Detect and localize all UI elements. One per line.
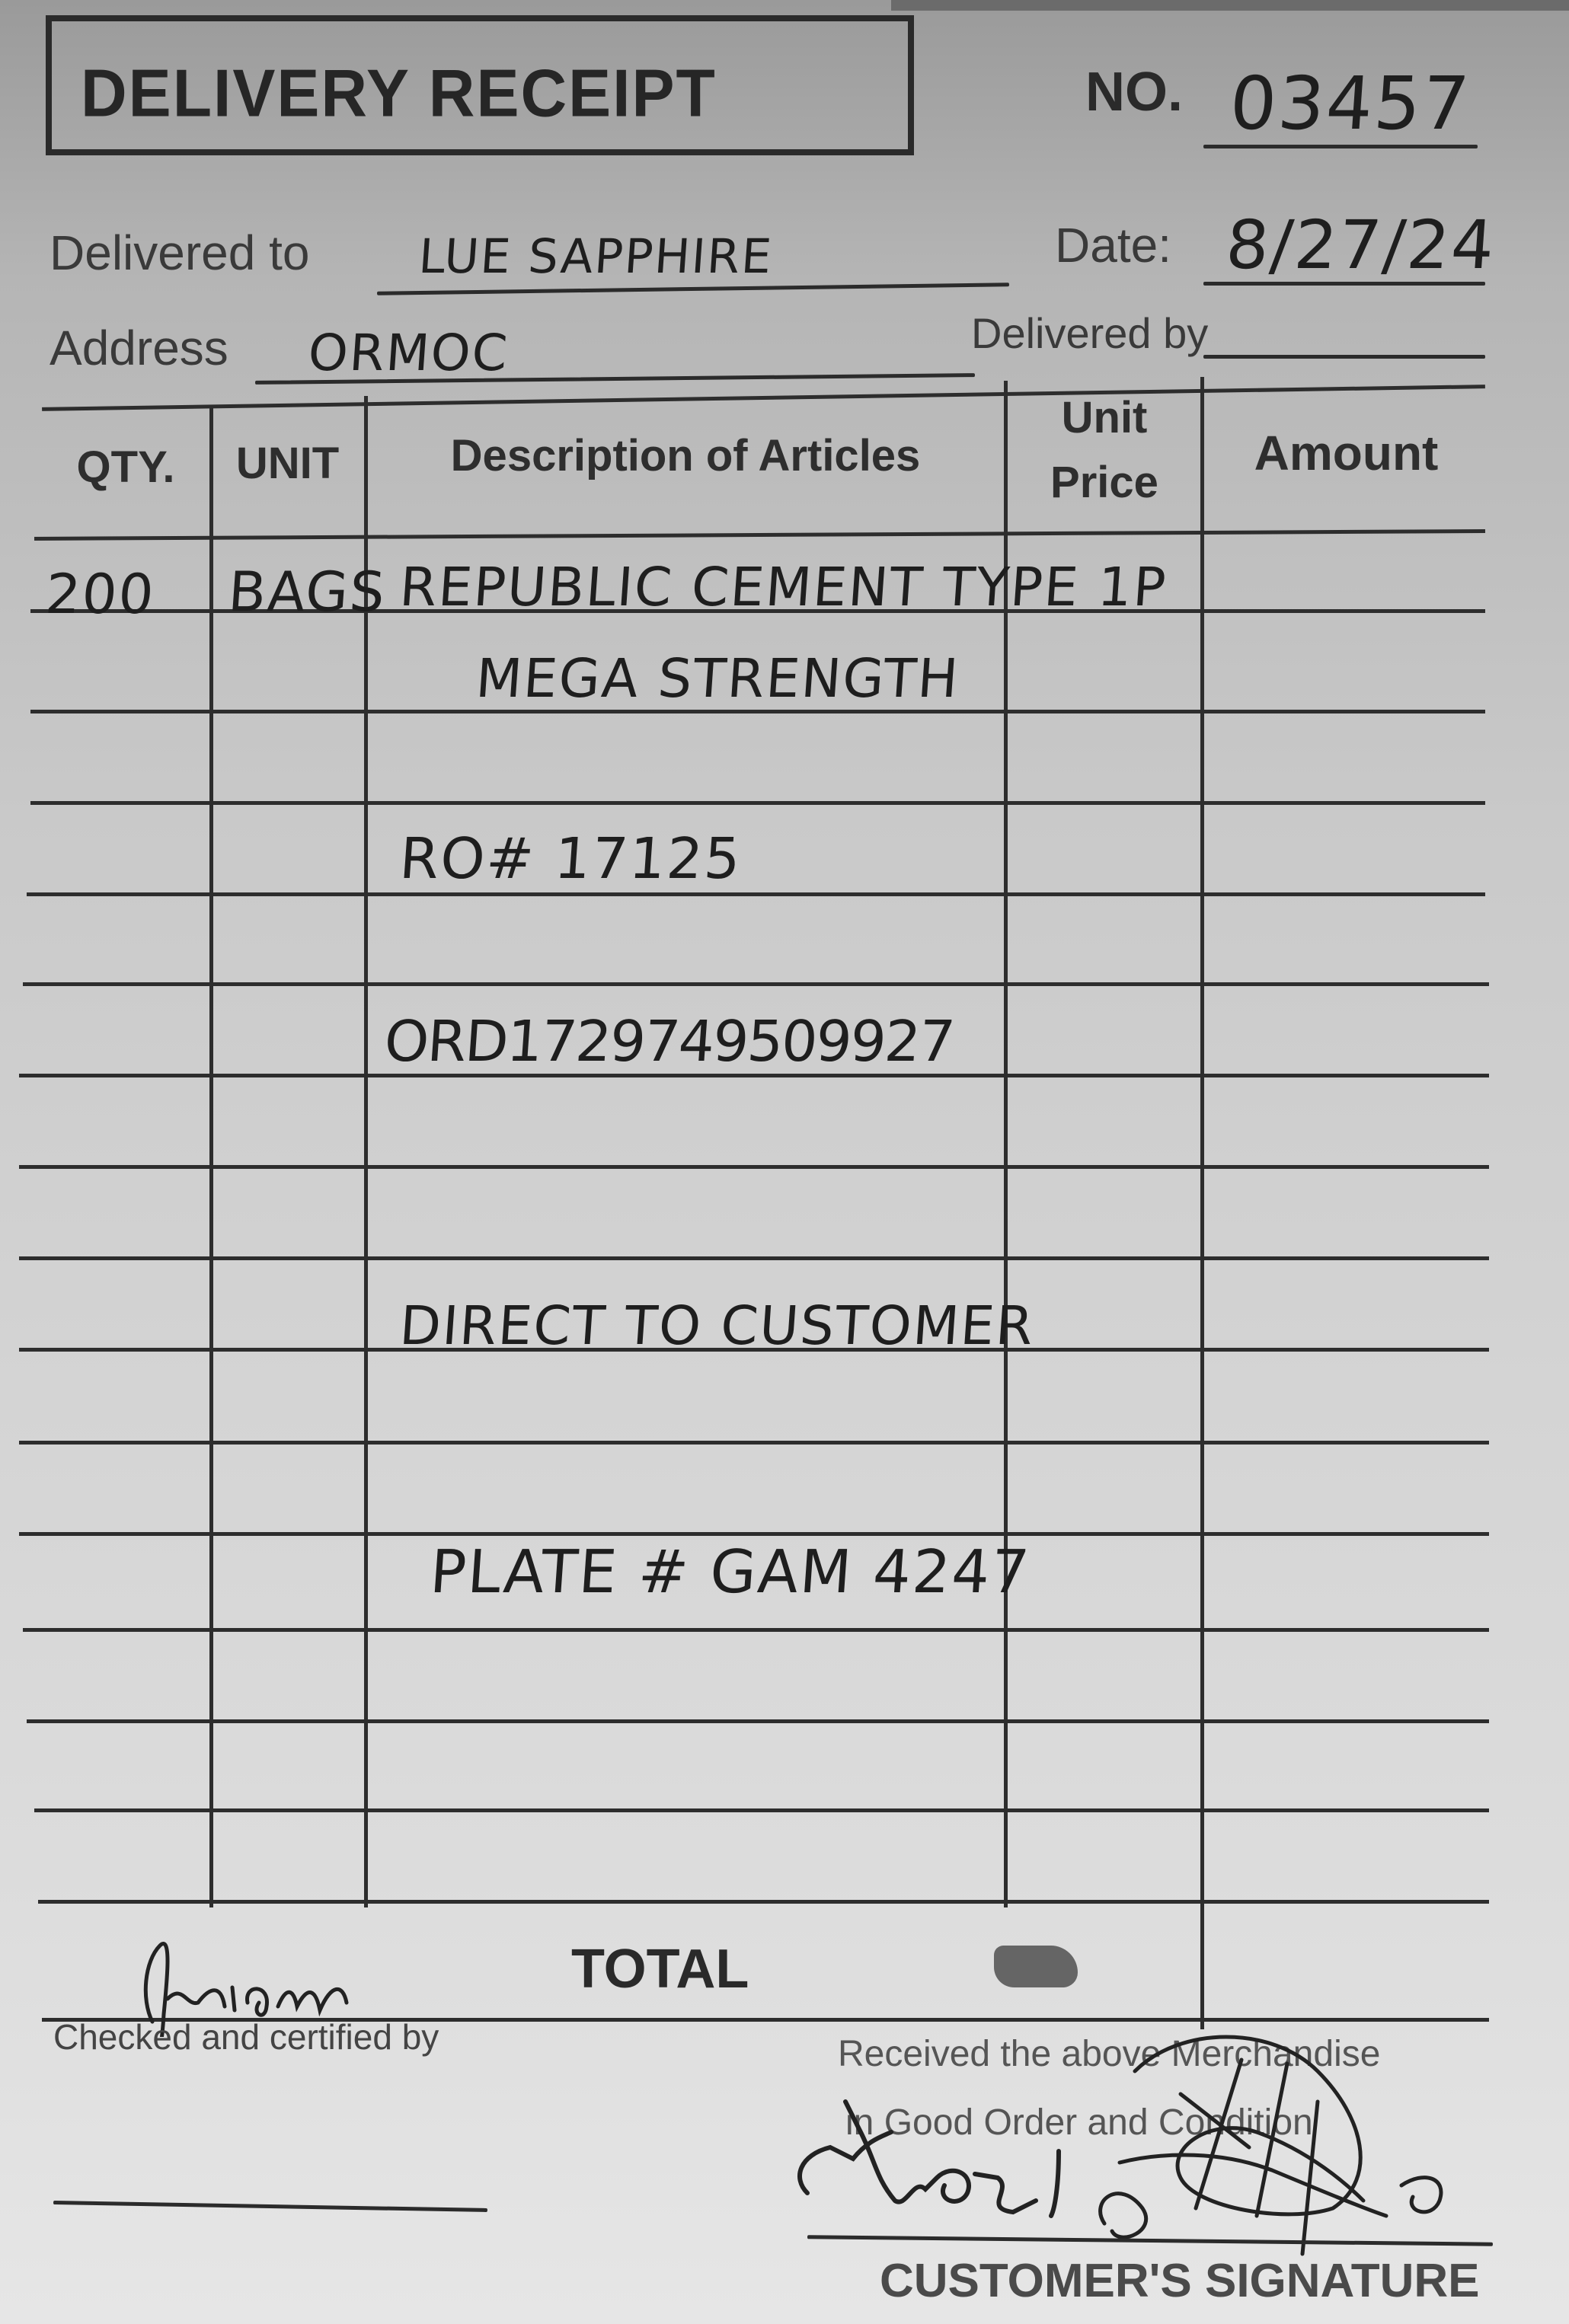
- column-divider-price-amount: [1200, 377, 1204, 2029]
- row-line: [23, 982, 1489, 986]
- customer-signature-label: CUSTOMER'S SIGNATURE: [880, 2254, 1480, 2308]
- delivered-by-label: Delivered by: [971, 308, 1208, 358]
- date-value: 8/27/24: [1223, 206, 1497, 284]
- row-line: [19, 1532, 1489, 1536]
- row-12-description: PLATE # GAM 4247: [428, 1538, 1033, 1607]
- row-6-description: ORD1729749509927: [382, 1009, 956, 1074]
- row-1-description: REPUBLIC CEMENT TYPE 1P: [398, 556, 1169, 618]
- row-1-qty: 200: [43, 562, 157, 626]
- checked-certified-label: Checked and certified by: [53, 2016, 439, 2057]
- row-line: [19, 1165, 1489, 1169]
- delivered-to-underline: [377, 283, 1009, 295]
- receipt-number: 03457: [1227, 61, 1473, 146]
- header-unit-price-line2: Price: [1009, 457, 1200, 508]
- delivery-receipt-paper: DELIVERY RECEIPT NO. 03457 Date: 8/27/24…: [0, 0, 1569, 2324]
- checker-signature-line: [53, 2201, 487, 2212]
- header-unit-price-line1: Unit: [1009, 392, 1200, 443]
- row-9-description: DIRECT TO CUSTOMER: [398, 1294, 1037, 1357]
- header-qty: QTY.: [46, 442, 206, 493]
- header-description: Description of Articles: [373, 430, 998, 481]
- row-line: [34, 1808, 1489, 1812]
- row-2-description: MEGA STRENGTH: [474, 647, 961, 710]
- row-line: [19, 1256, 1489, 1260]
- table-header-bottom-border: [34, 529, 1485, 541]
- delivered-to-label: Delivered to: [50, 225, 310, 281]
- page-title: DELIVERY RECEIPT: [81, 55, 717, 132]
- total-label: TOTAL: [571, 1938, 749, 2000]
- number-underline: [1203, 145, 1478, 148]
- row-line: [19, 1441, 1489, 1445]
- address-value[interactable]: ORMOC: [306, 324, 510, 382]
- row-line: [38, 1900, 1489, 1904]
- table-top-border: [42, 385, 1485, 411]
- address-label: Address: [50, 320, 228, 376]
- row-line: [27, 1719, 1489, 1723]
- row-line: [30, 801, 1485, 805]
- number-label: NO.: [1085, 61, 1183, 123]
- photo-edge: [891, 0, 1569, 11]
- delivered-by-underline: [1203, 355, 1485, 359]
- row-line: [27, 892, 1485, 896]
- ink-smudge: [994, 1946, 1078, 1987]
- title-box: DELIVERY RECEIPT: [46, 15, 914, 155]
- header-amount: Amount: [1207, 425, 1485, 481]
- row-line: [23, 1628, 1489, 1632]
- header-unit: UNIT: [213, 438, 362, 489]
- date-underline: [1203, 282, 1485, 286]
- date-label: Date:: [1055, 217, 1171, 273]
- delivered-to-value[interactable]: LUE SAPPHIRE: [417, 228, 775, 284]
- row-4-description: RO# 17125: [398, 826, 744, 892]
- customer-signature: [784, 2026, 1500, 2269]
- column-divider-qty-unit: [209, 407, 213, 1907]
- row-1-unit: BAGS: [226, 560, 388, 624]
- row-line: [30, 710, 1485, 713]
